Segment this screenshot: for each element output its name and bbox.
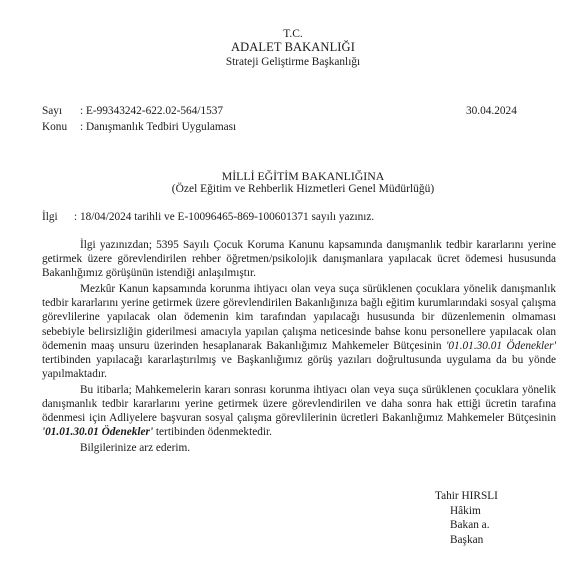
sayi-label: Sayı (42, 105, 80, 119)
budget-code: '01.01.30.01 Ödenekler' (42, 426, 153, 438)
paragraph-3: Bu itibarla; Mahkemelerin kararı sonrası… (42, 383, 556, 439)
header-ministry: ADALET BAKANLIĞI (0, 41, 586, 55)
signature-block: Tahir HIRSLI Hâkim Bakan a. Başkan (435, 489, 498, 547)
reference-line: İlgi: 18/04/2024 tarihli ve E-10096465-8… (42, 211, 374, 225)
konu-label: Konu (42, 121, 80, 135)
reference-value: : 18/04/2024 tarihli ve E-10096465-869-1… (74, 211, 374, 223)
addressee-ministry: MİLLİ EĞİTİM BAKANLIĞINA (10, 170, 586, 184)
paragraph-2: Mezkûr Kanun kapsamında korunma ihtiyacı… (42, 282, 556, 381)
document-subject: Konu: Danışmanlık Tedbiri Uygulaması (42, 121, 236, 135)
konu-value: : Danışmanlık Tedbiri Uygulaması (80, 121, 236, 133)
reference-label: İlgi (42, 211, 74, 225)
signatory-name: Tahir HIRSLI (435, 489, 498, 504)
signatory-role: Bakan a. (435, 518, 498, 533)
letter-body: İlgi yazınızdan; 5395 Sayılı Çocuk Korum… (42, 238, 556, 457)
signatory-position: Başkan (435, 533, 498, 548)
paragraph-1: İlgi yazınızdan; 5395 Sayılı Çocuk Korum… (42, 238, 556, 280)
sayi-value: : E-99343242-622.02-564/1537 (80, 105, 223, 117)
addressee-department: (Özel Eğitim ve Rehberlik Hizmetleri Gen… (10, 183, 586, 197)
document-number: Sayı: E-99343242-622.02-564/1537 (42, 105, 223, 119)
document-page: T.C. ADALET BAKANLIĞI Strateji Geliştirm… (0, 0, 586, 564)
closing-line: Bilgilerinize arz ederim. (42, 441, 556, 455)
header-department: Strateji Geliştirme Başkanlığı (0, 56, 586, 70)
budget-code: '01.01.30.01 Ödenekler' (446, 340, 556, 352)
signatory-title: Hâkim (435, 504, 498, 519)
document-date: 30.04.2024 (466, 105, 517, 119)
